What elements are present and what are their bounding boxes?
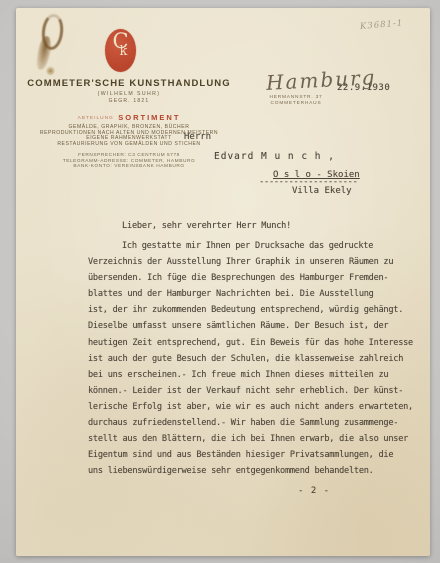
department-label: ABTEILUNG <box>78 116 114 121</box>
body-line: Ich gestatte mir Ihnen per Drucksache da… <box>88 238 430 254</box>
company-name: COMMETER'SCHE KUNSTHANDLUNG <box>18 78 240 89</box>
body-line: durchaus zufriedenstellend.- Wir haben d… <box>88 415 430 431</box>
body-line: bei uns erscheinen.- Ich freue mich Ihne… <box>88 367 430 383</box>
body-line: Verzeichnis der Ausstellung Ihrer Graphi… <box>88 254 430 270</box>
department-line: ABTEILUNG SORTIMENT <box>18 107 240 125</box>
body-line: übersenden. Ich füge die Besprechungen d… <box>88 270 430 286</box>
founded-year: GEGR. 1821 <box>18 98 240 104</box>
scanned-letter-photo: K3681-1 C k COMMETER'SCHE KUNSTHANDLUNG … <box>0 0 440 563</box>
letterhead-contact-block: FERNSPRECHER: C3 CENTRUM 5778 TELEGRAMM-… <box>18 153 240 169</box>
archive-number-annotation: K3681-1 <box>360 16 431 32</box>
logo-monogram-k: k <box>108 45 139 58</box>
body-line: lerische Erfolg ist aber, wie wir es auc… <box>88 399 430 415</box>
bank-line: BANK-KONTO: VEREINSBANK HAMBURG <box>18 164 240 169</box>
page-number: - 2 - <box>298 486 330 496</box>
department-name: SORTIMENT <box>118 113 180 122</box>
rust-dot <box>46 66 55 76</box>
building-line: COMMETERHAUS <box>258 101 334 107</box>
body-line: stellt aus den Blättern, die ich bei Ihn… <box>88 431 430 447</box>
body-line: ist auch der gute Besuch der Schulen, di… <box>88 351 430 367</box>
letter-greeting: Lieber, sehr verehrter Herr Munch! <box>122 221 291 231</box>
body-line: uns liebenswürdigerweise sehr entgegenko… <box>88 463 430 479</box>
letterhead-services-line: RESTAURIERUNG VON GEMÄLDEN UND STICHEN <box>18 142 240 148</box>
body-line: können.- Leider ist der Verkauf nicht se… <box>88 383 430 399</box>
body-line: Dieselbe umfasst unsere sämtlichen Räume… <box>88 318 430 334</box>
recipient-villa: Villa Ekely <box>292 186 352 196</box>
recipient-salutation: Herrn <box>184 132 211 142</box>
letterhead-block: COMMETER'SCHE KUNSTHANDLUNG (WILHELM SUH… <box>18 78 240 170</box>
commeter-logo-seal-icon: C k <box>105 29 136 72</box>
letter-date: 22.9.1930 <box>337 83 390 93</box>
letter-paper: K3681-1 C k COMMETER'SCHE KUNSTHANDLUNG … <box>16 8 430 556</box>
body-line: ist, der ihr zukommenden Bedeutung entsp… <box>88 302 430 318</box>
body-line: Eigentum sind und aus Beständen hiesiger… <box>88 447 430 463</box>
office-address-block: HERMANNSTR. 37 COMMETERHAUS <box>258 95 334 107</box>
proprietor-name: (WILHELM SUHR) <box>18 91 240 97</box>
recipient-name: Edvard M u n c h , <box>214 151 335 162</box>
body-line: heutigen Zeit entsprechend, gut. Ein Bew… <box>88 335 430 351</box>
letter-body: Ich gestatte mir Ihnen per Drucksache da… <box>88 238 430 479</box>
body-line: blattes und der Hamburger Nachrichten be… <box>88 286 430 302</box>
